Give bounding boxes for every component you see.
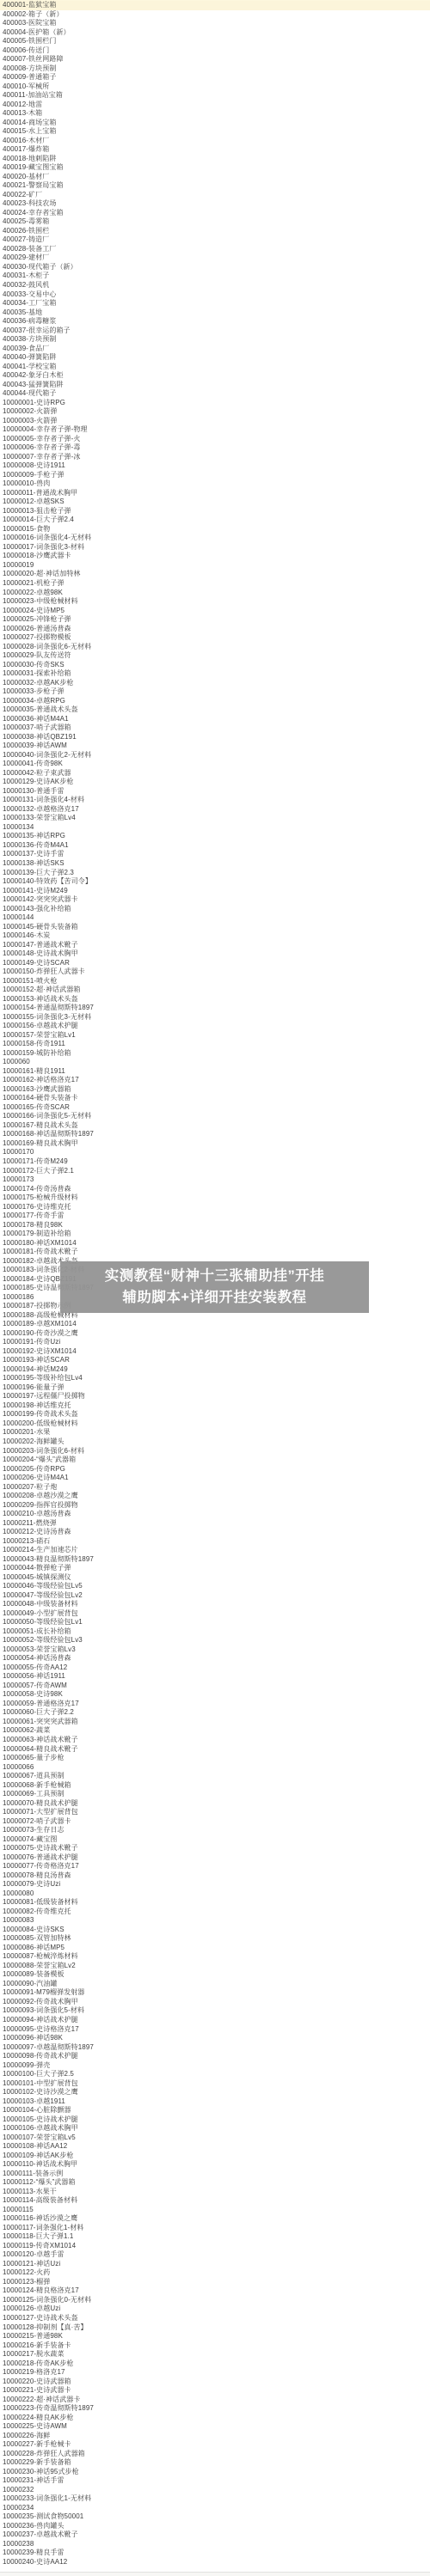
list-item: 10000170	[0, 1148, 430, 1157]
list-item: 10000145-硬骨头装备箱	[0, 923, 430, 932]
list-item: 10000134	[0, 823, 430, 833]
list-item: 10000026-普通汤普森	[0, 625, 430, 634]
list-item: 10000077-传奇格洛克17	[0, 1862, 430, 1871]
list-item: 10000189-卓越XM1014	[0, 1320, 430, 1329]
list-item: 400035-基地	[0, 308, 430, 318]
list-item: 10000003-火箭弹	[0, 417, 430, 426]
list-item: 10000072-哨子武器卡	[0, 1817, 430, 1827]
list-item: 400039-食品厂	[0, 345, 430, 354]
list-item: 10000164-硬骨头装备卡	[0, 1094, 430, 1103]
list-item: 10000092-传奇战术胸甲	[0, 1998, 430, 2007]
list-item: 10000024-史诗MP5	[0, 607, 430, 616]
list-item: 10000084-史诗SKS	[0, 1926, 430, 1935]
list-item: 10000143-强化补给箱	[0, 905, 430, 914]
list-item: 10000205-传奇RPG	[0, 1465, 430, 1474]
list-item: 10000016-词条强化4-无材料	[0, 534, 430, 543]
list-item: 10000095-史诗格洛克17	[0, 2025, 430, 2035]
list-item: 10000036-神话M4A1	[0, 715, 430, 724]
list-item: 10000201-水果	[0, 1428, 430, 1438]
list-item: 10000219-格洛克17	[0, 2368, 430, 2378]
list-item: 10000039-神话AWM	[0, 742, 430, 751]
list-item: 400034-工厂宝箱	[0, 299, 430, 308]
list-item: 10000216-新手装备卡	[0, 2341, 430, 2351]
list-item: 10000033-步枪子弹	[0, 687, 430, 697]
list-item: 10000214-生产加速芯片	[0, 1546, 430, 1555]
list-item: 10000040-词条强化2-无材料	[0, 751, 430, 760]
list-item: 10000223-传奇温彻斯特1897	[0, 2404, 430, 2414]
list-item: 10000062-蔬菜	[0, 1726, 430, 1736]
list-item: 10000046-等级经验包Lv5	[0, 1582, 430, 1591]
list-item: 10000159-城防补给箱	[0, 1049, 430, 1059]
list-item: 10000103-卓越1911	[0, 2097, 430, 2107]
list-item: 10000175-枪械升级材料	[0, 1193, 430, 1203]
list-item: 400037-很幸运的箱子	[0, 327, 430, 336]
list-item: 10000195-等级补给包Lv4	[0, 1374, 430, 1383]
list-item: 10000156-卓越战术护腿	[0, 1022, 430, 1031]
list-item: 10000206-史诗M4A1	[0, 1474, 430, 1483]
list-item: 10000127-史诗战术头盔	[0, 2314, 430, 2323]
list-item: 10000197-远程僵尸投掷物	[0, 1392, 430, 1401]
list-item: 10000109-神话AK步枪	[0, 2152, 430, 2161]
list-item: 10000236-兽肉罐头	[0, 2522, 430, 2531]
list-item: 10000079-史诗Uzi	[0, 1880, 430, 1889]
list-item: 10000209-指挥官投掷物	[0, 1501, 430, 1511]
list-item: 400003-医院宝箱	[0, 19, 430, 28]
list-item: 400027-铸造厂	[0, 235, 430, 245]
list-item: 10000167-精良战术头盔	[0, 1121, 430, 1131]
list-item: 10000012-卓越SKS	[0, 497, 430, 507]
list-item: 10000111-装备示例	[0, 2170, 430, 2179]
watermark-title-line-1: 实测教程“财神十三张辅助挂”开挂	[60, 1266, 369, 1287]
list-item: 400041-学校宝箱	[0, 363, 430, 372]
list-item: 10000228-炸弹狂人武器箱	[0, 2450, 430, 2459]
list-item: 10000229-新手装备箱	[0, 2458, 430, 2468]
list-item: 10000094-神话战术护腿	[0, 2016, 430, 2025]
list-item: 10000059-普通格洛克17	[0, 1700, 430, 1709]
list-item: 10000081-低级装备材料	[0, 1898, 430, 1908]
list-item: 10000128-抑制剂【真·苦】	[0, 2323, 430, 2333]
list-item: 10000162-神话格洛克17	[0, 1076, 430, 1085]
list-item: 10000169-精良战术胸甲	[0, 1139, 430, 1149]
list-item: 10000199-传奇战术头盔	[0, 1410, 430, 1419]
list-item: 10000231-神话手雷	[0, 2476, 430, 2486]
list-item: 10000116-神话沙漠之鹰	[0, 2214, 430, 2224]
list-item: 10000122-火药	[0, 2268, 430, 2278]
list-item: 10000210-卓越汤普森	[0, 1510, 430, 1519]
list-item: 10000192-史诗XM1014	[0, 1347, 430, 1357]
list-item: 10000076-普通战术护腿	[0, 1853, 430, 1863]
list-item: 10000058-史诗98K	[0, 1690, 430, 1700]
list-item: 10000044-散弹枪子弹	[0, 1564, 430, 1573]
list-item: 10000191-传奇Uzi	[0, 1338, 430, 1347]
list-item: 10000203-词条强化6-材料	[0, 1447, 430, 1456]
list-item: 10000049-小型扩展背包	[0, 1609, 430, 1619]
list-item: 10000100-巨大子弹2.5	[0, 2070, 430, 2079]
list-item: 400017-爆炸箱	[0, 145, 430, 155]
list-item: 10000130-普通手雷	[0, 787, 430, 797]
list-item: 10000193-神话SCAR	[0, 1356, 430, 1365]
list-item: 10000032-卓越AK步枪	[0, 679, 430, 688]
list-item: 10000050-等级经验包Lv1	[0, 1618, 430, 1627]
list-item: 400040-弹簧陷阱	[0, 353, 430, 363]
list-item: 10000105-史诗战术护腿	[0, 2115, 430, 2125]
list-item: 10000002-火箭弹	[0, 407, 430, 417]
list-item: 400031-木柜子	[0, 272, 430, 281]
list-item: 400043-猛弹簧陷阱	[0, 381, 430, 390]
list-item: 10000068-新手枪械箱	[0, 1781, 430, 1791]
list-item: 10000222-超·神话武器卡	[0, 2396, 430, 2405]
list-item: 10000071-大型扩展背包	[0, 1808, 430, 1817]
list-item: 10000171-传奇M249	[0, 1157, 430, 1167]
list-item: 10000104-心脏除颤器	[0, 2106, 430, 2115]
list-item: 10000112-“爆头”武器箱	[0, 2178, 430, 2188]
list-item: 10000212-史诗汤普森	[0, 1528, 430, 1537]
list-item: 10000061-突突突武器箱	[0, 1718, 430, 1727]
list-item: 10000168-神话温彻斯特1897	[0, 1130, 430, 1139]
list-item: 400008-方块预制	[0, 64, 430, 74]
list-item: 10000042-粒子束武器	[0, 769, 430, 778]
list-item: 10000172-巨大子弹2.1	[0, 1167, 430, 1176]
list-item: 10000080	[0, 1889, 430, 1899]
list-item: 10000047-等级经验包Lv2	[0, 1591, 430, 1601]
list-item: 10000083	[0, 1916, 430, 1926]
list-item: 10000110-神话战术胸甲	[0, 2160, 430, 2170]
list-item: 10000056-神话1911	[0, 1672, 430, 1682]
list-item: 10000082-传奇维克托	[0, 1908, 430, 1917]
list-item: 10000238	[0, 2540, 430, 2549]
list-item: 10000227-新手枪械卡	[0, 2440, 430, 2450]
list-item: 10000023-中级枪械材料	[0, 597, 430, 607]
list-item: 10000115	[0, 2206, 430, 2215]
list-item: 10000043-精良温彻斯特1897	[0, 1555, 430, 1565]
list-item: 10000086-神话MP5	[0, 1944, 430, 1953]
list-item: 10000218-传奇AK步枪	[0, 2359, 430, 2369]
list-item: 10000178-精良98K	[0, 1221, 430, 1230]
list-item: 400033-交易中心	[0, 290, 430, 300]
list-item: 10000120-卓越手雷	[0, 2250, 430, 2260]
list-item: 10000055-传奇AA12	[0, 1663, 430, 1673]
list-item: 400042-象牙白木柜	[0, 371, 430, 381]
list-item: 10000087-枪械淬炼材料	[0, 1952, 430, 1962]
list-item: 10000065-量子步枪	[0, 1754, 430, 1763]
list-item: 400015-水上宝箱	[0, 127, 430, 137]
list-item: 400004-医护箱（新）	[0, 28, 430, 38]
list-item: 10000113-水果干	[0, 2188, 430, 2197]
list-item: 10000125-词条强化0-无材料	[0, 2296, 430, 2305]
list-item: 10000194-神话M249	[0, 1365, 430, 1375]
list-item: 10000137-史诗手雷	[0, 850, 430, 859]
list-item: 10000208-卓越沙漠之鹰	[0, 1492, 430, 1501]
list-item: 10000152-超·神话武器箱	[0, 986, 430, 995]
list-item: 400032-鼓风机	[0, 281, 430, 290]
list-item: 10000067-道具预制	[0, 1772, 430, 1781]
list-item: 10000150-炸弹狂人武器卡	[0, 968, 430, 977]
list-item: 10000069-工具预制	[0, 1790, 430, 1799]
list-item: 10000051-成长补给箱	[0, 1627, 430, 1637]
list-item: 400019-藏宝图宝箱	[0, 163, 430, 173]
list-item: 10000163-沙鹰武器箱	[0, 1085, 430, 1095]
list-item: 10000215-普通98K	[0, 2332, 430, 2341]
list-item: 10000119-传奇XM1014	[0, 2242, 430, 2251]
list-item: 10000226-海鲜	[0, 2432, 430, 2441]
list-item: 10000221-史诗武器卡	[0, 2386, 430, 2396]
list-item: 10000075-史诗战术靴子	[0, 1844, 430, 1853]
list-item: 10000220-史诗武器箱	[0, 2378, 430, 2387]
list-item: 400005-铁围栏门	[0, 37, 430, 46]
list-item: 10000001-史诗RPG	[0, 399, 430, 408]
list-item: 10000098-传奇战术护腿	[0, 2052, 430, 2061]
list-item: 10000029-队友传送符	[0, 651, 430, 661]
list-item: 10000117-词条强化1-材料	[0, 2224, 430, 2233]
list-item: 10000034-卓越RPG	[0, 697, 430, 706]
list-item: 10000161-精良1911	[0, 1067, 430, 1077]
list-item: 10000064-精良战术靴子	[0, 1745, 430, 1755]
list-item: 400016-木材厂	[0, 137, 430, 146]
list-item: 10000126-卓越Uzi	[0, 2304, 430, 2314]
list-item: 400010-军械所	[0, 82, 430, 92]
list-item: 10000010-兽肉	[0, 479, 430, 489]
list-item: 10000090-汽油罐	[0, 1980, 430, 1989]
list-item: 10000005-幸存者子弹-火	[0, 435, 430, 444]
list-item: 400001-监狱宝箱	[0, 1, 430, 10]
list-item: 10000054-神话汤普森	[0, 1654, 430, 1663]
list-item: 10000070-精良战术护腿	[0, 1799, 430, 1809]
list-item: 10000008-史诗1911	[0, 461, 430, 471]
list-item: 10000151-喷火枪	[0, 977, 430, 986]
list-item: 10000037-哨子武器箱	[0, 723, 430, 733]
list-item: 400012-地雷	[0, 101, 430, 110]
list-item: 10000030-传奇SKS	[0, 661, 430, 670]
list-item: 10000144	[0, 913, 430, 923]
list-item: 400023-科技农场	[0, 199, 430, 209]
list-item: 400044-现代箱子	[0, 389, 430, 399]
list-item: 10000015-食物	[0, 525, 430, 534]
list-item: 10000180-神话XM1014	[0, 1239, 430, 1248]
list-item: 10000225-史诗AWM	[0, 2422, 430, 2432]
list-item: 10000207-粒子炮	[0, 1483, 430, 1492]
list-item: 10000009-手枪子弹	[0, 471, 430, 480]
list-item: 10000154-普通温彻斯特1897	[0, 1004, 430, 1013]
list-item: 10000060-巨大子弹2.2	[0, 1708, 430, 1718]
list-item: 10000114-高级装备材料	[0, 2196, 430, 2206]
list-item: 10000017-词条强化3-材料	[0, 543, 430, 552]
list-item: 10000025-冲锋枪子弹	[0, 615, 430, 625]
list-item: 10000052-等级经验包Lv3	[0, 1636, 430, 1645]
list-item: 400009-普通箱子	[0, 73, 430, 82]
list-item: 400002-箱子（新）	[0, 10, 430, 20]
list-item: 10000224-精良AK步枪	[0, 2414, 430, 2423]
list-item: 10000179-制造补给箱	[0, 1230, 430, 1239]
list-item: 10000237-卓越战术靴子	[0, 2530, 430, 2540]
list-item: 10000123-榴弹	[0, 2278, 430, 2287]
list-item: 10000230-神话95式步枪	[0, 2468, 430, 2477]
list-item: 10000004-幸存者子弹-物理	[0, 425, 430, 435]
list-item: 10000157-荣誉宝箱Lv1	[0, 1031, 430, 1041]
list-item: 10000096-神话98K	[0, 2034, 430, 2043]
list-item: 10000235-测试食物50001	[0, 2512, 430, 2522]
list-item: 10000153-神话战术头盔	[0, 995, 430, 1004]
list-item: 400028-装备工厂	[0, 245, 430, 254]
list-item: 10000177-传奇手雷	[0, 1212, 430, 1221]
list-item: 10000028-词条强化6-无材料	[0, 643, 430, 652]
list-item: 10000124-精良格洛克17	[0, 2286, 430, 2296]
list-item: 400006-传送门	[0, 46, 430, 56]
list-item: 10000038-神话QBZ191	[0, 733, 430, 742]
list-item: 10000089-装备模板	[0, 1970, 430, 1980]
list-item: 10000135-神话RPG	[0, 832, 430, 841]
list-item: 10000019	[0, 561, 430, 571]
list-item: 400014-商场宝箱	[0, 119, 430, 128]
list-item: 10000198-神话维克托	[0, 1401, 430, 1411]
list-item: 10000132-卓越格洛克17	[0, 805, 430, 815]
list-item: 10000196-能量子弹	[0, 1383, 430, 1393]
list-item: 10000041-传奇98K	[0, 760, 430, 769]
list-item: 10000240-史诗AA12	[0, 2558, 430, 2567]
list-item: 10000173	[0, 1175, 430, 1185]
list-item: 10000045-城镇探测仪	[0, 1573, 430, 1583]
list-item: 400026-铁围栏	[0, 227, 430, 236]
list-item: 10000147-普通战术靴子	[0, 941, 430, 950]
list-item: 10000027-投掷物模板	[0, 633, 430, 643]
list-item: 10000053-荣誉宝箱Lv3	[0, 1645, 430, 1655]
list-item: 10000233-词条强化1-无材料	[0, 2494, 430, 2504]
list-item: 10000006-幸存者子弹-毒	[0, 443, 430, 453]
list-item: 10000148-史诗战术胸甲	[0, 949, 430, 959]
list-item: 10000118-巨大子弹1.1	[0, 2232, 430, 2242]
list-item: 10000204-“爆头”武器箱	[0, 1456, 430, 1465]
list-item: 10000136-传奇M4A1	[0, 841, 430, 851]
list-item: 10000078-精良汤普森	[0, 1871, 430, 1881]
list-item: 10000099-弹壳	[0, 2061, 430, 2071]
list-item: 10000048-中级装备材料	[0, 1600, 430, 1609]
list-item: 10000097-卓越温彻斯特1897	[0, 2043, 430, 2053]
list-item: 400038-方块预制	[0, 335, 430, 345]
list-item: 10000057-传奇AWM	[0, 1682, 430, 1691]
list-item: 400029-建材厂	[0, 253, 430, 263]
bottom-area	[0, 2573, 430, 2576]
list-item: 10000063-神话战术靴子	[0, 1736, 430, 1745]
list-item: 10000106-卓越战术胸甲	[0, 2124, 430, 2133]
list-item: 10000176-史诗维克托	[0, 1203, 430, 1212]
list-item: 10000239-精良手雷	[0, 2549, 430, 2558]
list-item: 10000121-神话Uzi	[0, 2260, 430, 2269]
list-item: 400020-基材厂	[0, 173, 430, 182]
list-item: 10000146-木炭	[0, 931, 430, 941]
list-item: 10000091-M79榴弹发射器	[0, 1988, 430, 1998]
list-item: 10000085-双管加特林	[0, 1934, 430, 1944]
list-item: 10000133-荣誉宝箱Lv4	[0, 814, 430, 823]
list-item: 10000088-荣誉宝箱Lv2	[0, 1962, 430, 1971]
list-item: 10000158-传奇1911	[0, 1040, 430, 1049]
list-item: 10000140-特效药【苦司令】	[0, 877, 430, 887]
list-item: 400018-地刺陷阱	[0, 155, 430, 164]
list-item: 10000014-巨大子弹2.4	[0, 516, 430, 525]
list-item: 10000139-巨大子弹2.3	[0, 869, 430, 878]
list-item: 10000108-神话AA12	[0, 2142, 430, 2152]
list-item: 1000060	[0, 1058, 430, 1067]
list-item: 10000129-史诗AK步枪	[0, 778, 430, 787]
list-item: 10000166-词条强化5-无材料	[0, 1112, 430, 1121]
list-item: 10000155-词条强化3-无材料	[0, 1013, 430, 1022]
list-item: 400007-铁丝网路障	[0, 55, 430, 64]
list-item: 10000018-沙鹰武器卡	[0, 552, 430, 561]
list-item: 10000200-低级枪械材料	[0, 1419, 430, 1429]
list-item: 10000181-传奇战术靴子	[0, 1248, 430, 1257]
list-item: 10000035-普通战术头盔	[0, 705, 430, 715]
list-item: 10000142-突突突武器卡	[0, 895, 430, 905]
list-item: 400021-警察局宝箱	[0, 181, 430, 191]
list-item: 10000073-生存日志	[0, 1826, 430, 1835]
list-item: 10000211-燃烧弹	[0, 1519, 430, 1529]
list-item: 10000102-史诗沙漠之鹰	[0, 2088, 430, 2097]
list-item: 10000232	[0, 2486, 430, 2495]
list-item: 10000149-史诗SCAR	[0, 959, 430, 968]
list-item: 10000074-藏宝图	[0, 1835, 430, 1845]
list-item: 10000066	[0, 1763, 430, 1773]
list-item: 10000190-传奇沙漠之鹰	[0, 1329, 430, 1339]
list-item: 10000007-幸存者子弹-冰	[0, 453, 430, 462]
watermark-title-overlay: 实测教程“财神十三张辅助挂”开挂 辅助脚本+详细开挂安装教程	[60, 1261, 369, 1313]
list-item: 10000202-海鲜罐头	[0, 1438, 430, 1447]
list-item: 10000165-传奇SCAR	[0, 1103, 430, 1113]
list-item: 10000011-普通战术胸甲	[0, 489, 430, 498]
list-item: 10000020-超·神话加特林	[0, 570, 430, 579]
list-item: 10000107-荣誉宝箱Lv5	[0, 2133, 430, 2143]
list-item: 400036-病毒糖浆	[0, 317, 430, 327]
watermark-title-line-2: 辅助脚本+详细开挂安装教程	[60, 1287, 369, 1309]
list-item: 10000131-词条强化4-材料	[0, 796, 430, 805]
list-item: 400013-木箱	[0, 109, 430, 119]
list-item: 10000021-机枪子弹	[0, 579, 430, 589]
list-item: 10000234	[0, 2504, 430, 2513]
list-item: 10000101-中型扩展背包	[0, 2079, 430, 2089]
list-item: 10000217-脱水蔬菜	[0, 2350, 430, 2359]
list-item: 10000031-探索补给箱	[0, 669, 430, 679]
list-item: 10000174-传奇汤普森	[0, 1185, 430, 1194]
list-item: 10000013-狙击枪子弹	[0, 507, 430, 516]
list-item: 400025-毒雾箱	[0, 217, 430, 227]
list-item: 10000093-词条强化5-材料	[0, 2006, 430, 2016]
list-item: 10000022-卓越98K	[0, 589, 430, 598]
list-item: 400011-加油站宝箱	[0, 91, 430, 101]
list-item: 10000141-史诗M249	[0, 887, 430, 896]
list-item: 400024-幸存者宝箱	[0, 209, 430, 218]
list-item: 400030-现代箱子（新）	[0, 263, 430, 272]
list-item: 10000138-神话SKS	[0, 859, 430, 869]
list-item: 10000213-硝石	[0, 1537, 430, 1547]
list-item: 400022-矿厂	[0, 191, 430, 200]
